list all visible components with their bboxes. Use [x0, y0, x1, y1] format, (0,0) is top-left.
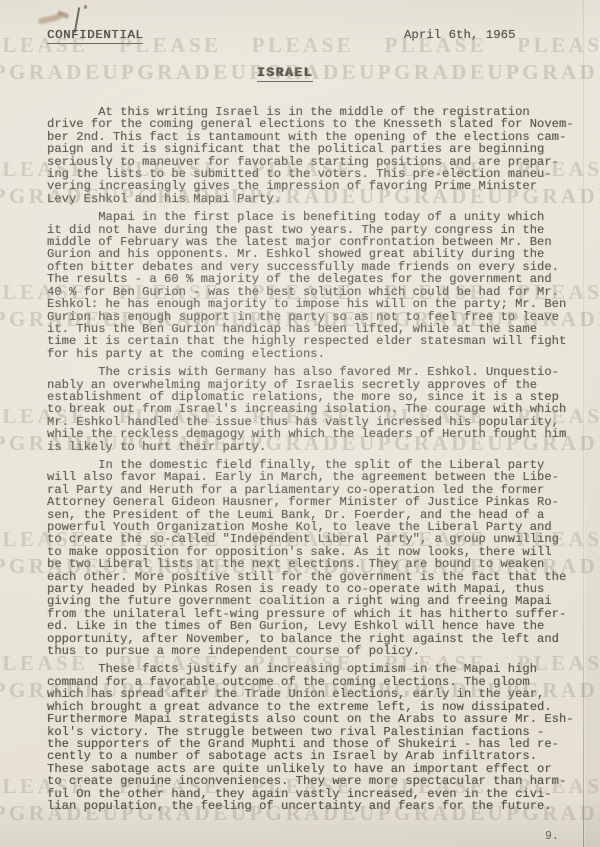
scanned-document-page: CONFIDENTIAL April 6th, 1965 ISRAEL At t… [0, 0, 600, 847]
paragraph-5: These facts justify an increasing optimi… [47, 663, 582, 812]
page-number: 9. [545, 830, 559, 843]
document-title: ISRAEL [257, 66, 313, 82]
page-edge-strip [585, 0, 600, 847]
watermark-text: UPGRADE [0, 60, 102, 85]
paragraph-3: The crisis with Germany has also favored… [47, 366, 582, 453]
watermark-text: UPGRADE [359, 60, 487, 85]
watermark-text: PLEASE [252, 33, 355, 58]
watermark-text: UPGRADE [102, 60, 230, 85]
document-body: At this writing Israel is in the middle … [47, 106, 582, 818]
pencil-dot [84, 5, 87, 9]
page-edge-line [583, 0, 584, 847]
paragraph-1: At this writing Israel is in the middle … [47, 106, 582, 205]
paragraph-4: In the domestic field finally, the split… [47, 459, 582, 658]
paragraph-2: Mapai in the first place is benefiting t… [47, 211, 582, 360]
classification-stamp: CONFIDENTIAL [47, 28, 143, 44]
document-date: April 6th, 1965 [404, 28, 516, 42]
